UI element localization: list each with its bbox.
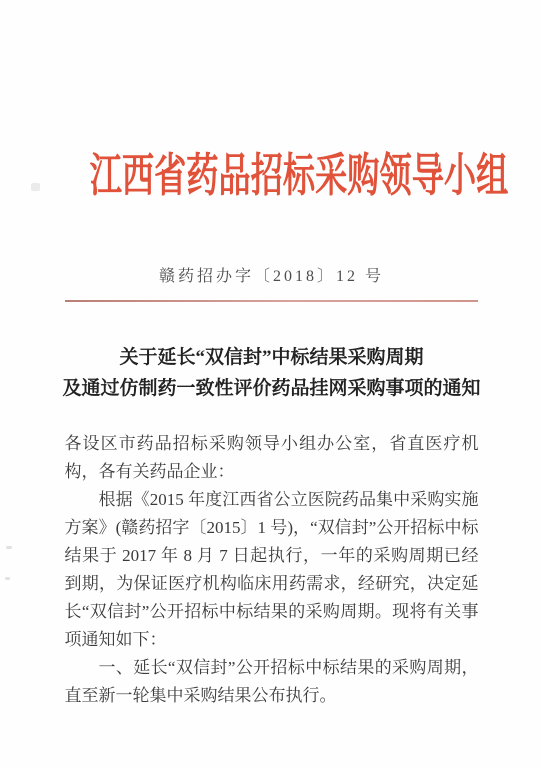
notice-title-line2: 及通过仿制药一致性评价药品挂网采购事项的通知 [32, 373, 512, 404]
scanned-notice-page: 江西省药品招标采购领导小组 赣药招办字〔2018〕12 号 关于延长“双信封”中… [0, 0, 543, 768]
paragraph-salutation: 各设区市药品招标采购领导小组办公室，省直医疗机构，各有关药品企业： [65, 430, 479, 486]
paragraph-background: 根据《2015 年度江西省公立医院药品集中采购实施方案》(赣药招字〔2015〕1… [65, 486, 479, 654]
issuer-title: 江西省药品招标采购领导小组 [90, 148, 509, 203]
scan-artifact-dot [5, 577, 10, 580]
scan-artifact-dot [31, 183, 40, 191]
document-number: 赣药招办字〔2018〕12 号 [0, 263, 543, 286]
red-header: 江西省药品招标采购领导小组 [0, 148, 543, 203]
notice-body: 各设区市药品招标采购领导小组办公室，省直医疗机构，各有关药品企业： 根据《201… [65, 430, 479, 710]
notice-title: 关于延长“双信封”中标结果采购周期 及通过仿制药一致性评价药品挂网采购事项的通知 [32, 342, 512, 404]
scan-artifact-dot [6, 546, 12, 549]
red-divider-line [65, 300, 478, 302]
notice-title-line1: 关于延长“双信封”中标结果采购周期 [32, 342, 512, 373]
paragraph-item-one: 一、延长“双信封”公开招标中标结果的采购周期，直至新一轮集中采购结果公布执行。 [65, 654, 479, 710]
